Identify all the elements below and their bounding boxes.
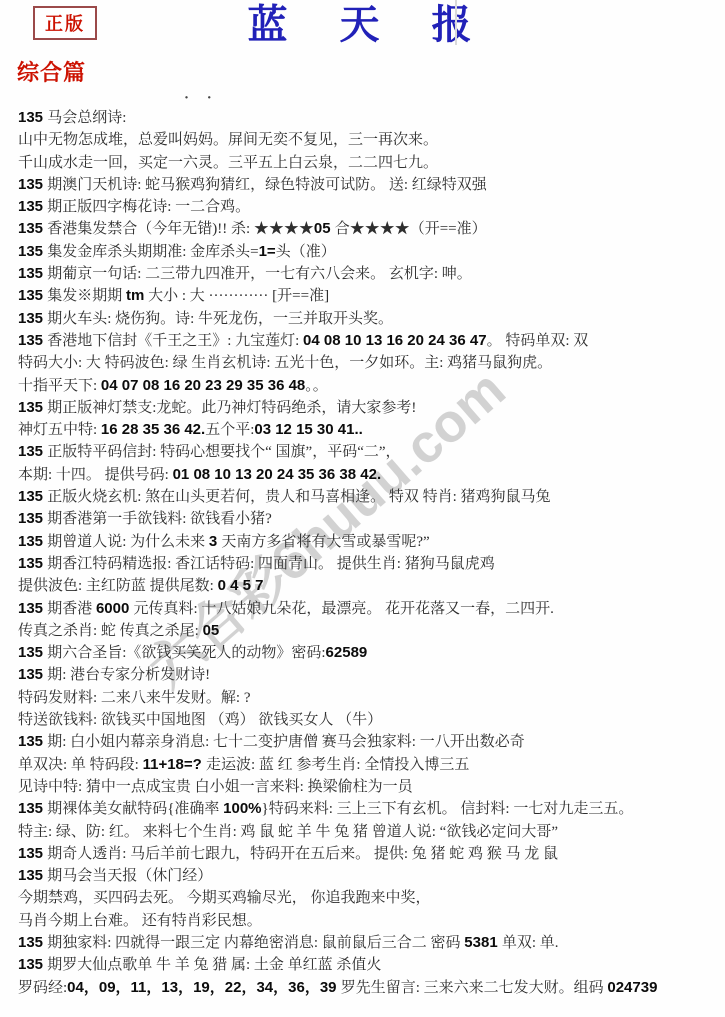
report-line: 千山成水走一回，买定一六灵。三平五上白云泉，二二四七九。 <box>18 152 723 174</box>
report-line: 特主: 绿、防: 红。 来料七个生肖: 鸡 鼠 蛇 羊 牛 兔 猪 曾道人说: … <box>18 821 723 843</box>
report-line: 135 期香港 6000 元传真料: 十八姑娘九朵花，最漂亮。 花开花落又一春，… <box>18 598 723 620</box>
report-line: 135 期马会当天报（休门经） <box>18 865 723 887</box>
report-line: 135 期: 港台专家分析发财诗! <box>18 664 723 686</box>
scan-dots: · · <box>184 90 219 107</box>
report-body: 135 马会总纲诗:山中无物怎成堆，总爱叫妈妈。屏间无奕不复见，三一再次来。千山… <box>18 107 723 999</box>
report-line: 本期: 十四。 提供号码: 01 08 10 13 20 24 35 36 38… <box>18 464 723 486</box>
report-line: 135 期独家料: 四就得一跟三定 内幕绝密消息: 鼠前鼠后三合二 密码 538… <box>18 932 723 954</box>
report-line: 135 期罗大仙点歌单 牛 羊 兔 猎 属: 土金 单红蓝 杀值火 <box>18 954 723 976</box>
report-line: 提供波色: 主红防蓝 提供尾数: 0 4 5 7 <box>18 575 723 597</box>
report-line: 神灯五中特: 16 28 35 36 42.五个平:03 12 15 30 41… <box>18 419 723 441</box>
report-line: 135 香港地下信封《千王之王》: 九宝莲灯: 04 08 10 13 16 2… <box>18 330 723 352</box>
report-line: 135 期火车头: 烧伤狗。诗: 牛死龙伤，一三并取开头奖。 <box>18 308 723 330</box>
report-line: 135 期曾道人说: 为什么未来 3 天南方多省将有大雪或暴雪呢?” <box>18 531 723 553</box>
report-line: 特送欲钱料: 欲钱买中国地图 （鸡） 欲钱买女人 （牛） <box>18 709 723 731</box>
report-line: 传真之杀肖: 蛇 传真之杀尾: 05 <box>18 620 723 642</box>
report-line: 见诗中特: 猜中一点成宝贵 白小姐一言来料: 换梁偷柱为一员 <box>18 776 723 798</box>
report-line: 135 期正版四字梅花诗: 一二合鸡。 <box>18 196 723 218</box>
report-line: 今期禁鸡，买四码去死。 今期买鸡输尽光， 你追我跑来中奖， <box>18 887 723 909</box>
report-line: 135 期六合圣旨:《欲钱买笑死人的动物》密码:62589 <box>18 642 723 664</box>
report-line: 山中无物怎成堆，总爱叫妈妈。屏间无奕不复见，三一再次来。 <box>18 129 723 151</box>
report-line: 135 期葡京一句话: 二三带九四准开，一七有六八会来。 玄机字: 呻。 <box>18 263 723 285</box>
section-heading: 综合篇 <box>17 56 86 87</box>
report-line: 135 马会总纲诗: <box>18 107 723 129</box>
newspaper-page: 正版 蓝 天 报 综合篇 · · 六合彩6huuu.com 135 马会总纲诗:… <box>0 0 725 1017</box>
report-line: 135 期澳门天机诗: 蛇马猴鸡狗猜红，绿色特波可试防。 送: 红绿特双强 <box>18 174 723 196</box>
page-title: 蓝 天 报 <box>0 0 725 50</box>
report-line: 马肖今期上台难。 还有特肖彩民想。 <box>18 910 723 932</box>
report-line: 135 期奇人透肖: 马后羊前七跟九，特码开在五后来。 提供: 兔 猪 蛇 鸡 … <box>18 843 723 865</box>
report-line: 135 期: 白小姐内幕亲身消息: 七十二变护唐僧 赛马会独家料: 一八开出数必… <box>18 731 723 753</box>
report-line: 135 期香江特码精选报: 香江话特码: 四面青山。 提供生肖: 猪狗马鼠虎鸡 <box>18 553 723 575</box>
report-line: 罗码经:04，09，11，13，19，22，34，36，39 罗先生留言: 三来… <box>18 977 723 999</box>
report-line: 135 正版特平码信封: 特码心想要找个“ 国旗”，平码“二”， <box>18 441 723 463</box>
report-line: 特码大小: 大 特码波色: 绿 生肖玄机诗: 五光十色，一夕如环。主: 鸡猪马鼠… <box>18 352 723 374</box>
report-line: 135 期裸体美女献特码{准确率 100%}特码来料: 三上三下有玄机。 信封料… <box>18 798 723 820</box>
report-line: 特码发财料: 二来八来牛发财。解: ? <box>18 687 723 709</box>
report-line: 135 香港集发禁合（今年无错)!! 杀: ★★★★05 合★★★★（开==准） <box>18 218 723 240</box>
scan-artifact-line <box>455 0 457 45</box>
report-line: 135 期正版神灯禁支:龙蛇。此乃神灯特码绝杀，请大家参考! <box>18 397 723 419</box>
report-line: 135 期香港第一手欲钱料: 欲钱看小猪? <box>18 508 723 530</box>
report-line: 十指平天下: 04 07 08 16 20 23 29 35 36 48。。 <box>18 375 723 397</box>
report-line: 135 正版火烧玄机: 煞在山头更若何，贵人和马喜相逢。 特双 特肖: 猪鸡狗鼠… <box>18 486 723 508</box>
report-line: 135 集发金库杀头期期准: 金库杀头=1=头（准） <box>18 241 723 263</box>
report-line: 单双决: 单 特码段: 11+18=? 走运波: 蓝 红 参考生肖: 全情投入博… <box>18 754 723 776</box>
report-line: 135 集发※期期 tm 大小 : 大 ············ [开==准] <box>18 285 723 307</box>
